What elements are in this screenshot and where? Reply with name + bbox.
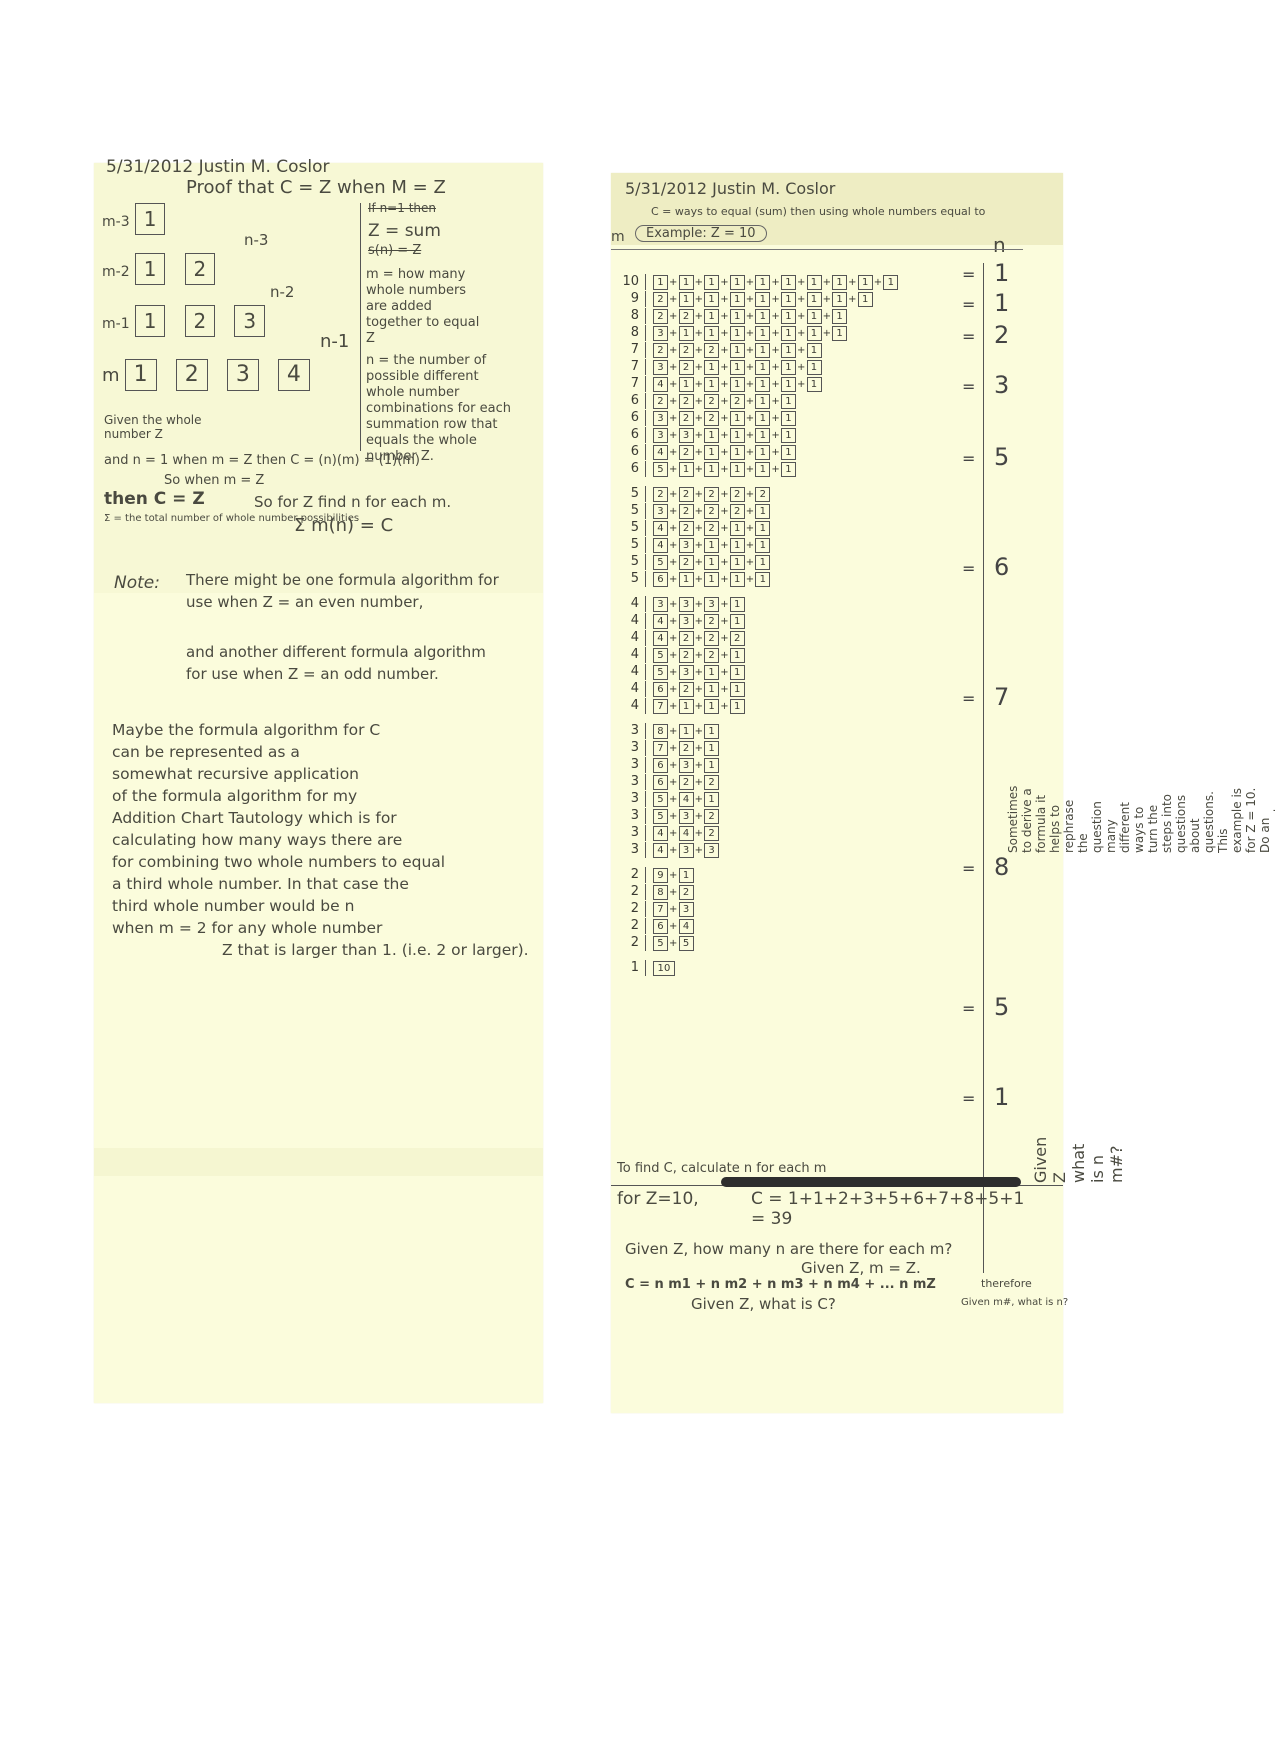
boxed-term: 1 (755, 445, 770, 460)
plus-sign: + (695, 828, 704, 839)
plus-sign: + (720, 599, 729, 610)
plus-sign: + (771, 447, 780, 458)
partition-row: 74+1+1+1+1+1+1 (619, 375, 979, 392)
boxed-term: 1 (704, 309, 719, 324)
boxed-term: 6 (653, 758, 668, 773)
boxed-term: 5 (653, 462, 668, 477)
plus-sign: + (746, 430, 755, 441)
boxed-term: 3 (679, 809, 694, 824)
boxed-term: 1 (832, 275, 847, 290)
boxed-term: 4 (653, 538, 668, 553)
partition-row: 56+1+1+1+1 (619, 570, 979, 587)
plus-sign: + (695, 396, 704, 407)
plus-sign: + (669, 650, 678, 661)
row-terms: 5+4+1 (645, 791, 979, 807)
plus-sign: + (695, 464, 704, 475)
boxed-term: 1 (704, 462, 719, 477)
boxed-term: 1 (858, 275, 873, 290)
plus-sign: + (695, 523, 704, 534)
row-terms: 2+2+1+1+1+1+1+1 (645, 308, 979, 324)
diagram-row-m-2: m-2 1 2 (102, 253, 229, 285)
row-terms: 4+4+2 (645, 825, 979, 841)
boxed-term: 1 (781, 377, 796, 392)
boxed-term: 1 (704, 555, 719, 570)
boxed-term: 1 (807, 292, 822, 307)
row-m-value: 10 (619, 274, 645, 289)
plus-sign: + (669, 430, 678, 441)
plus-sign: + (669, 794, 678, 805)
note-label: Note: (114, 573, 160, 593)
boxed-term: 1 (807, 275, 822, 290)
boxed-term: 5 (653, 792, 668, 807)
boxed-term: 1 (781, 462, 796, 477)
right-note-page: 5/31/2012 Justin M. Coslor C = ways to e… (611, 173, 1063, 1413)
plus-sign: + (848, 294, 857, 305)
given-line-2: So when m = Z (164, 473, 264, 488)
plus-sign: + (669, 811, 678, 822)
plus-sign: + (695, 845, 704, 856)
boxed-term: 1 (704, 572, 719, 587)
row-m-value: 3 (619, 825, 645, 840)
boxed-term: 4 (679, 919, 694, 934)
boxed-term: 1 (781, 326, 796, 341)
plus-sign: + (797, 379, 806, 390)
boxed-term: 5 (653, 665, 668, 680)
row-terms: 5+5 (645, 935, 979, 951)
boxed-term: 4 (679, 826, 694, 841)
boxed-term: 1 (755, 360, 770, 375)
boxed-term: 3 (679, 758, 694, 773)
row-m-value: 4 (619, 596, 645, 611)
plus-sign: + (695, 506, 704, 517)
partition-row: 83+1+1+1+1+1+1+1 (619, 324, 979, 341)
boxed-term: 1 (679, 377, 694, 392)
row-terms: 4+2+2+1+1 (645, 520, 979, 536)
plus-sign: + (669, 540, 678, 551)
boxed-term: 1 (679, 292, 694, 307)
plus-sign: + (695, 726, 704, 737)
question-4: Given m#, what is n? (961, 1297, 1068, 1308)
boxed-term: 1 (807, 309, 822, 324)
given-line-4: So for Z find n for each m. (254, 493, 451, 511)
boxed-term: 1 (730, 411, 745, 426)
boxed-term: 2 (679, 741, 694, 756)
boxed-term: 2 (679, 631, 694, 646)
row-group-gap (619, 587, 979, 595)
boxed-term: 2 (653, 343, 668, 358)
row-terms: 2+1+1+1+1+1+1+1+1 (645, 291, 979, 307)
row-m-value: 4 (619, 647, 645, 662)
boxed-term: 2 (704, 809, 719, 824)
boxed-term: 2 (704, 614, 719, 629)
plus-sign: + (720, 633, 729, 644)
plus-sign: + (797, 362, 806, 373)
plus-sign: + (695, 777, 704, 788)
left-note-page: 5/31/2012 Justin M. Coslor Proof that C … (94, 163, 543, 1403)
boxed-term: 4 (653, 843, 668, 858)
partition-row: 43+3+3+1 (619, 595, 979, 612)
plus-sign: + (695, 599, 704, 610)
boxed-term: 1 (730, 665, 745, 680)
plus-sign: + (720, 557, 729, 568)
boxed-term: 2 (730, 504, 745, 519)
partition-row: 35+3+2 (619, 807, 979, 824)
plus-sign: + (669, 489, 678, 500)
struck-note-2: s(n) = Z (368, 243, 421, 258)
plus-sign: + (669, 684, 678, 695)
partition-row: 27+3 (619, 900, 979, 917)
plus-sign: + (669, 828, 678, 839)
partition-row: 101+1+1+1+1+1+1+1+1+1 (619, 273, 979, 290)
boxed-term: 1 (755, 538, 770, 553)
partition-row: 63+2+2+1+1+1 (619, 409, 979, 426)
boxed-term: 1 (755, 504, 770, 519)
partition-row: 72+2+2+1+1+1+1 (619, 341, 979, 358)
boxed-term: 2 (704, 826, 719, 841)
partition-row: 73+2+1+1+1+1+1 (619, 358, 979, 375)
n-column: =1=1=2=3=5=6=7=8=5=1 (983, 263, 1044, 1273)
date-author: 5/31/2012 Justin M. Coslor (625, 179, 835, 198)
row-m-value: 7 (619, 342, 645, 357)
boxed-term: 1 (730, 326, 745, 341)
boxed-term: 2 (704, 394, 719, 409)
plus-sign: + (746, 464, 755, 475)
row-group-gap (619, 951, 979, 959)
boxed-term: 5 (653, 555, 668, 570)
plus-sign: + (695, 557, 704, 568)
question-3: Given Z, what is C? (691, 1295, 836, 1313)
row-m-value: 5 (619, 571, 645, 586)
boxed-term: 2 (679, 445, 694, 460)
diagram-row-m-1: m-1 1 2 3 (102, 305, 279, 337)
row-m-value: 6 (619, 393, 645, 408)
boxed-term: 1 (730, 462, 745, 477)
partition-row: 64+2+1+1+1+1 (619, 443, 979, 460)
plus-sign: + (746, 328, 755, 339)
boxed-term: 1 (704, 445, 719, 460)
plus-sign: + (720, 523, 729, 534)
plus-sign: + (695, 743, 704, 754)
plus-sign: + (720, 328, 729, 339)
plus-sign: + (797, 345, 806, 356)
to-find-c: To find C, calculate n for each m (617, 1161, 826, 1176)
boxed-term: 1 (755, 309, 770, 324)
boxed-term: 1 (755, 462, 770, 477)
plus-sign: + (771, 362, 780, 373)
given-line-3: then C = Z (104, 489, 205, 509)
boxed-term: 2 (679, 682, 694, 697)
boxed-term: 2 (679, 648, 694, 663)
row-terms: 5+2+2+1 (645, 647, 979, 663)
boxed-term: 1 (730, 699, 745, 714)
bracket-label-n-3: n-3 (244, 231, 268, 249)
plus-sign: + (720, 701, 729, 712)
boxed-term: 2 (653, 487, 668, 502)
boxed-term: 4 (653, 445, 668, 460)
boxed-term: 1 (730, 292, 745, 307)
boxed-term: 1 (704, 538, 719, 553)
plus-sign: + (720, 413, 729, 424)
for-z-label: for Z=10, (617, 1189, 699, 1209)
partition-row: 36+2+2 (619, 773, 979, 790)
boxed-term: 1 (755, 275, 770, 290)
row-terms: 1+1+1+1+1+1+1+1+1+1 (645, 274, 979, 290)
boxed-term: 1 (704, 292, 719, 307)
plus-sign: + (797, 277, 806, 288)
plus-sign: + (669, 574, 678, 585)
row-group-gap (619, 858, 979, 866)
equals-sign: = (962, 449, 975, 468)
boxed-term: 4 (653, 377, 668, 392)
boxed-term: 9 (653, 868, 668, 883)
plus-sign: + (771, 345, 780, 356)
boxed-term: 1 (730, 555, 745, 570)
boxed-term: 5 (653, 648, 668, 663)
plus-sign: + (771, 328, 780, 339)
boxed-term: 1 (755, 377, 770, 392)
partition-row: 52+2+2+2+2 (619, 485, 979, 502)
boxed-term: 6 (653, 682, 668, 697)
plus-sign: + (669, 523, 678, 534)
boxed-term: 1 (755, 292, 770, 307)
partition-row: 46+2+1+1 (619, 680, 979, 697)
boxed-term: 1 (781, 275, 796, 290)
boxed-term: 2 (704, 521, 719, 536)
row-m-value: 6 (619, 461, 645, 476)
row-terms: 3+1+1+1+1+1+1+1 (645, 325, 979, 341)
partition-row: 26+4 (619, 917, 979, 934)
plus-sign: + (771, 311, 780, 322)
boxed-term: 2 (679, 360, 694, 375)
boxed-term: 3 (679, 597, 694, 612)
boxed-term: 4 (679, 792, 694, 807)
boxed-term: 6 (653, 775, 668, 790)
row-terms: 4+2+1+1+1+1 (645, 444, 979, 460)
plus-sign: + (695, 447, 704, 458)
row-terms: 6+4 (645, 918, 979, 934)
row-terms: 3+2+2+1+1+1 (645, 410, 979, 426)
plus-sign: + (720, 464, 729, 475)
plus-sign: + (771, 430, 780, 441)
partition-row: 44+2+2+2 (619, 629, 979, 646)
partition-row: 45+3+1+1 (619, 663, 979, 680)
boxed-term: 1 (832, 309, 847, 324)
plus-sign: + (720, 684, 729, 695)
row-terms: 3+2+2+2+1 (645, 503, 979, 519)
example-label: Example: Z = 10 (635, 225, 767, 242)
boxed-term: 1 (730, 521, 745, 536)
boxed-term: 2 (679, 521, 694, 536)
plus-sign: + (695, 650, 704, 661)
struck-note: If n=1 then (368, 201, 436, 215)
plus-sign: + (746, 396, 755, 407)
partition-row: 63+3+1+1+1+1 (619, 426, 979, 443)
plus-sign: + (669, 904, 678, 915)
plus-sign: + (669, 701, 678, 712)
plus-sign: + (669, 743, 678, 754)
row-m-value: 5 (619, 554, 645, 569)
boxed-term: 2 (704, 411, 719, 426)
plus-sign: + (695, 345, 704, 356)
plus-sign: + (746, 557, 755, 568)
plus-sign: + (669, 616, 678, 627)
row-m-value: 6 (619, 444, 645, 459)
row-terms: 7+2+1 (645, 740, 979, 756)
plus-sign: + (771, 413, 780, 424)
plus-sign: + (823, 277, 832, 288)
row-terms: 8+2 (645, 884, 979, 900)
boxed-term: 3 (679, 665, 694, 680)
boxed-term: 1 (704, 428, 719, 443)
partition-row: 54+3+1+1+1 (619, 536, 979, 553)
row-terms: 4+1+1+1+1+1+1 (645, 376, 979, 392)
row-terms: 9+1 (645, 867, 979, 883)
boxed-term: 1 (679, 572, 694, 587)
m-definition: m = how many whole numbers are added tog… (366, 267, 486, 347)
boxed-term: 1 (755, 521, 770, 536)
plus-sign: + (771, 396, 780, 407)
n-value: 7 (994, 683, 1009, 711)
row-m-value: 4 (619, 664, 645, 679)
boxed-term: 7 (653, 741, 668, 756)
plus-sign: + (695, 294, 704, 305)
plus-sign: + (695, 277, 704, 288)
plus-sign: + (746, 489, 755, 500)
boxed-term: 1 (781, 394, 796, 409)
row-m-value: 5 (619, 520, 645, 535)
row-m-value: 4 (619, 698, 645, 713)
partition-row: 82+2+1+1+1+1+1+1 (619, 307, 979, 324)
note-text-odd: and another different formula algorithm … (186, 641, 506, 685)
boxed-term: 4 (653, 521, 668, 536)
boxed-term: 8 (653, 885, 668, 900)
c-sum: C = 1+1+2+3+5+6+7+8+5+1 (751, 1189, 1024, 1209)
boxed-term: 2 (679, 411, 694, 426)
note-text-even: There might be one formula algorithm for… (186, 569, 506, 613)
plus-sign: + (695, 379, 704, 390)
row-m-value: 3 (619, 774, 645, 789)
row-terms: 6+2+2 (645, 774, 979, 790)
plus-sign: + (669, 557, 678, 568)
plus-sign: + (695, 311, 704, 322)
boxed-term: 2 (730, 487, 745, 502)
plus-sign: + (746, 311, 755, 322)
plus-sign: + (695, 616, 704, 627)
row-m-value: 4 (619, 630, 645, 645)
boxed-term: 3 (653, 326, 668, 341)
boxed-term: 2 (679, 885, 694, 900)
boxed-term: 3 (653, 504, 668, 519)
boxed-term: 2 (679, 775, 694, 790)
given-line-1: and n = 1 when m = Z then C = (n)(m) = (… (104, 453, 420, 468)
boxed-term: 2 (704, 343, 719, 358)
plus-sign: + (823, 328, 832, 339)
boxed-term: 1 (704, 741, 719, 756)
plus-sign: + (695, 667, 704, 678)
boxed-term: 3 (679, 538, 694, 553)
row-m-value: 5 (619, 537, 645, 552)
boxed-term: 1 (755, 411, 770, 426)
boxed-term: 1 (704, 360, 719, 375)
n-value: 5 (994, 443, 1009, 471)
boxed-term: 1 (730, 597, 745, 612)
boxed-term: 1 (679, 326, 694, 341)
boxed-term: 3 (679, 614, 694, 629)
question-1: Given Z, how many n are there for each m… (625, 1241, 1005, 1258)
plus-sign: + (695, 540, 704, 551)
sum-formula: Σ m(n) = C (294, 515, 393, 536)
z-definition: Z = sum (368, 221, 441, 241)
boxed-term: 1 (704, 275, 719, 290)
plus-sign: + (695, 328, 704, 339)
plus-sign: + (669, 938, 678, 949)
boxed-term: 1 (704, 326, 719, 341)
plus-sign: + (797, 328, 806, 339)
boxed-term: 1 (704, 377, 719, 392)
boxed-term: 4 (653, 826, 668, 841)
plus-sign: + (669, 506, 678, 517)
plus-sign: + (669, 887, 678, 898)
n-value: 5 (994, 993, 1009, 1021)
plus-sign: + (669, 845, 678, 856)
m-column-header: m (611, 229, 625, 245)
n-value: 8 (994, 853, 1009, 881)
row-terms: 2+2+2+2+1+1 (645, 393, 979, 409)
boxed-term: 8 (653, 724, 668, 739)
paper-shading (94, 1148, 543, 1176)
partition-row: 38+1+1 (619, 722, 979, 739)
boxed-term: 1 (883, 275, 898, 290)
plus-sign: + (669, 760, 678, 771)
boxed-term: 5 (653, 809, 668, 824)
plus-sign: + (720, 345, 729, 356)
boxed-term: 1 (730, 682, 745, 697)
partition-row: 54+2+2+1+1 (619, 519, 979, 536)
equals-sign: = (962, 559, 975, 578)
plus-sign: + (823, 294, 832, 305)
row-m-value: 3 (619, 808, 645, 823)
partition-row: 110 (619, 959, 979, 976)
partition-row: 62+2+2+2+1+1 (619, 392, 979, 409)
boxed-term: 1 (781, 428, 796, 443)
plus-sign: + (669, 777, 678, 788)
boxed-term: 1 (704, 792, 719, 807)
boxed-term: 1 (704, 758, 719, 773)
boxed-term: 1 (755, 343, 770, 358)
date-author: 5/31/2012 Justin M. Coslor (106, 157, 330, 177)
plus-sign: + (695, 430, 704, 441)
row-m-value: 3 (619, 740, 645, 755)
plus-sign: + (771, 379, 780, 390)
boxed-term: 2 (755, 487, 770, 502)
row-m-value: 3 (619, 842, 645, 857)
boxed-term: 1 (781, 411, 796, 426)
plus-sign: + (695, 574, 704, 585)
plus-sign: + (797, 294, 806, 305)
plus-sign: + (669, 379, 678, 390)
row-group-gap (619, 477, 979, 485)
given-z: Given the whole number Z (104, 413, 204, 441)
plus-sign: + (746, 447, 755, 458)
plus-sign: + (746, 294, 755, 305)
n-column-header: n (993, 233, 1006, 257)
partition-row: 34+3+3 (619, 841, 979, 858)
plus-sign: + (848, 277, 857, 288)
divider-line (360, 203, 361, 451)
boxed-term: 1 (781, 360, 796, 375)
c-total: = 39 (751, 1209, 792, 1229)
equals-sign: = (962, 377, 975, 396)
